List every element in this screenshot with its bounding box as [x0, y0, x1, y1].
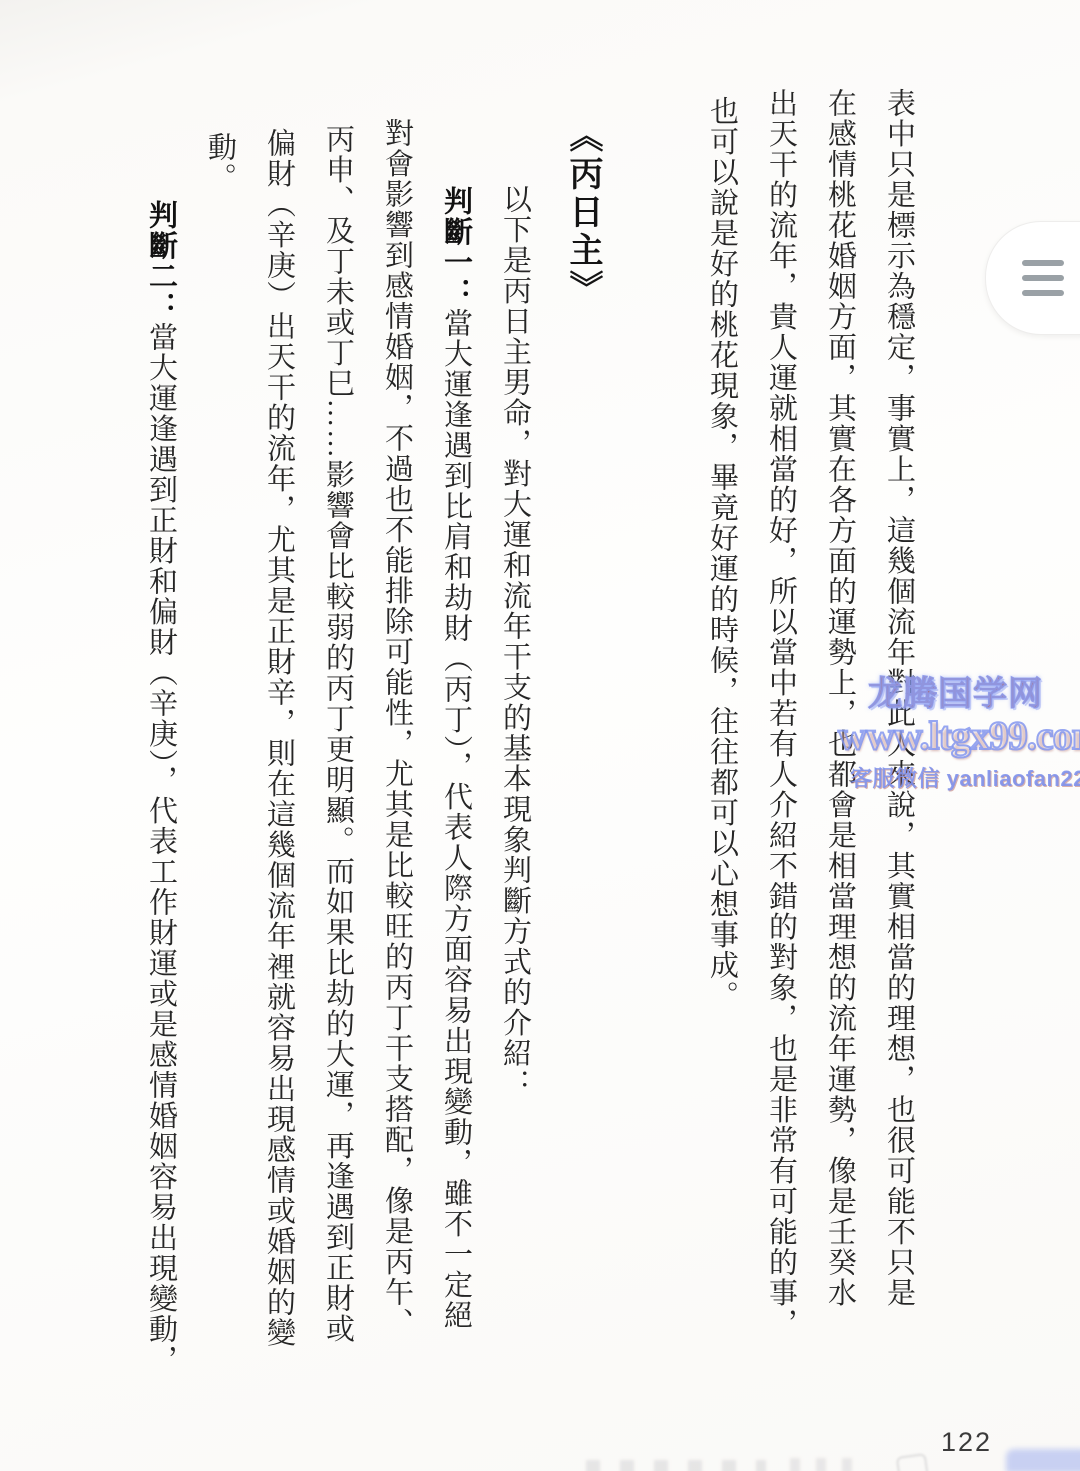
text-column-2: 在感情桃花婚姻方面，其實在各方面的運勢上，也都會是相當理想的流年運勢，像是壬癸水: [810, 88, 869, 1418]
bottom-scan-artifact: [586, 1460, 766, 1471]
bottom-scan-artifact: [896, 1453, 928, 1471]
text-column-7: 判斷一：當大運逢遇到比肩和劫財（丙丁），代表人際方面容易出現變動，雖不一定絕: [426, 186, 485, 1418]
page-number: 122: [941, 1427, 992, 1458]
section-heading: 《丙日主》: [550, 118, 614, 1418]
text-column-6: 以下是丙日主男命，對大運和流年干支的基本現象判斷方式的介紹：: [485, 184, 544, 1418]
text-column-3: 出天干的流年，貴人運就相當的好，所以當中若有人介紹不錯的對象，也是非常有可能的事…: [751, 88, 810, 1418]
text-column-4: 也可以說是好的桃花現象，畢竟好運的時候，往往都可以心想事成。: [692, 96, 751, 1418]
text-column-8: 對會影響到感情婚姻，不過也不能排除可能性，尤其是比較旺的丙丁干支搭配，像是丙午、: [367, 118, 426, 1418]
bottom-scan-artifact: [790, 1458, 860, 1471]
reader-screen: 表中只是標示為穩定，事實上，這幾個流年對此人來說，其實相當的理想，也很可能不只是…: [0, 0, 1080, 1471]
text-column-9: 丙申、及丁未或丁巳……影響會比較弱的丙丁更明顯。而如果比劫的大運，再逢遇到正財或: [308, 124, 367, 1418]
book-page: 表中只是標示為穩定，事實上，這幾個流年對此人來說，其實相當的理想，也很可能不只是…: [0, 0, 1080, 1471]
text-column-12: 判斷二：當大運逢遇到正財和偏財（辛庚），代表工作財運或是感情婚姻容易出現變動，: [131, 200, 190, 1418]
page-text: 表中只是標示為穩定，事實上，這幾個流年對此人來說，其實相當的理想，也很可能不只是…: [128, 88, 928, 1418]
judgment1-text: 當大運逢遇到比肩和劫財（丙丁），代表人際方面容易出現變動，雖不一定絕: [440, 308, 472, 1331]
judgment2-label: 判斷二：: [145, 200, 177, 322]
text-column-1: 表中只是標示為穩定，事實上，這幾個流年對此人來說，其實相當的理想，也很可能不只是: [869, 88, 928, 1418]
judgment2-text: 當大運逢遇到正財和偏財（辛庚），代表工作財運或是感情婚姻容易出現變動，: [145, 322, 177, 1375]
text-column-11: 動。: [190, 132, 249, 1418]
bottom-scan-artifact: [1006, 1449, 1080, 1471]
text-column-10: 偏財（辛庚）出天干的流年，尤其是正財辛，則在這幾個流年裡就容易出現感情或婚姻的變: [249, 128, 308, 1418]
hamburger-icon: [1022, 260, 1064, 305]
judgment1-label: 判斷一：: [440, 186, 472, 308]
